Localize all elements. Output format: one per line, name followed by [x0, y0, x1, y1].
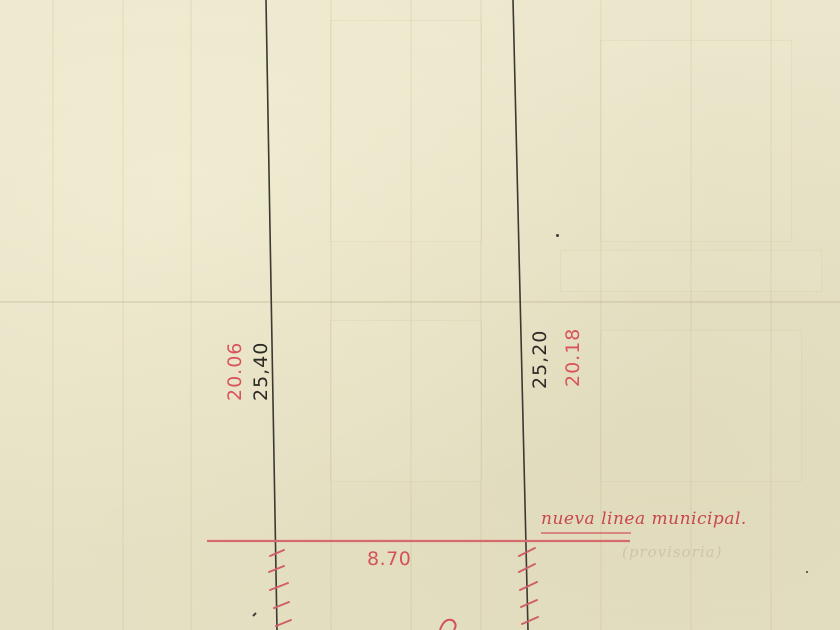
plat-linework	[0, 0, 840, 630]
ink-speck	[556, 234, 559, 237]
cropped-red-annotation	[440, 620, 456, 630]
municipal-line-label: nueva linea municipal.	[541, 509, 747, 529]
left-boundary-hatching	[269, 550, 291, 626]
municipal-line-sublabel-faint: (provisoria)	[622, 543, 722, 561]
left-red-measurement: 20.06	[224, 342, 246, 401]
frontage-measurement: 8.70	[367, 548, 411, 570]
right-boundary-line	[513, 0, 528, 630]
right-red-measurement: 20.18	[562, 328, 584, 387]
right-black-measurement: 25,20	[529, 330, 551, 389]
survey-plat-sheet: 20.06 25,40 25,20 20.18 nueva linea muni…	[0, 0, 840, 630]
ink-speck	[253, 613, 256, 616]
left-boundary-line	[266, 0, 277, 630]
left-black-measurement: 25,40	[250, 342, 272, 401]
ink-speck	[806, 571, 808, 573]
right-boundary-hatching	[519, 548, 538, 624]
